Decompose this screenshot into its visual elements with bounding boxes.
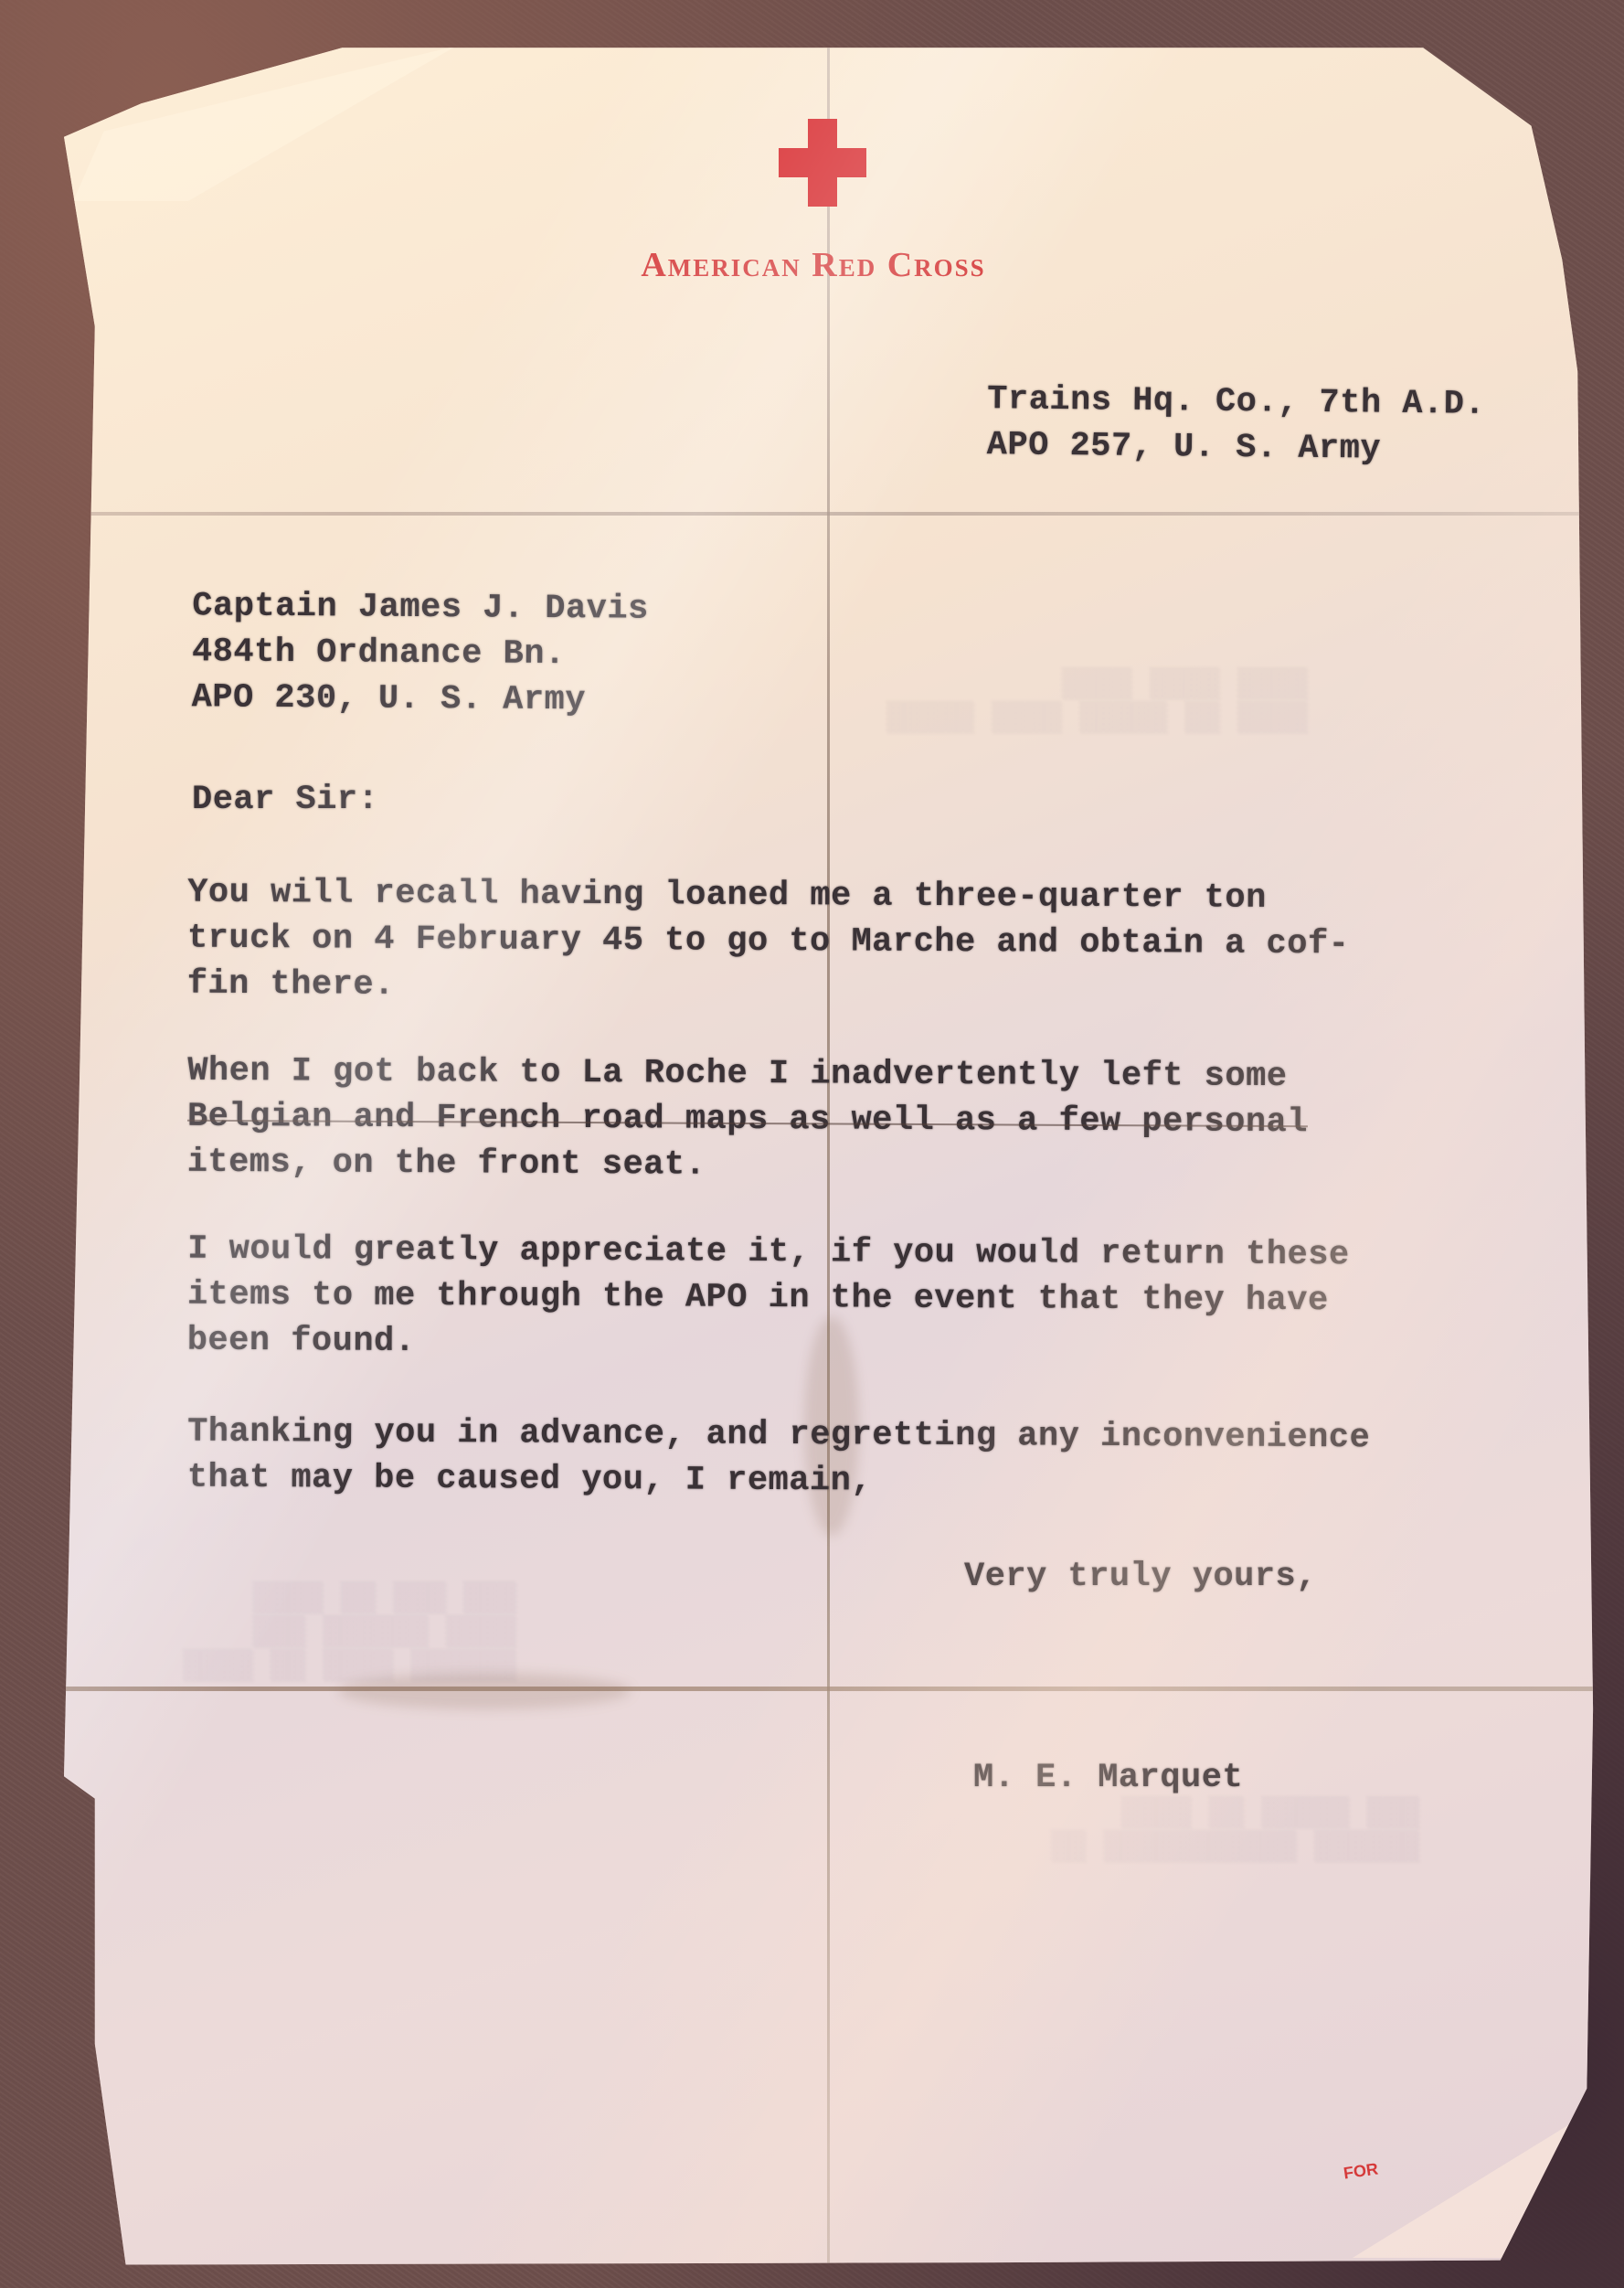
body-line: items to me through the APO in the event… bbox=[187, 1272, 1350, 1325]
sender-address: Trains Hq. Co., 7th A.D.APO 257, U. S. A… bbox=[986, 377, 1485, 474]
recipient-address: Captain James J. Davis484th Ordnance Bn.… bbox=[191, 583, 649, 723]
body-line: When I got back to La Roche I inadverten… bbox=[187, 1048, 1308, 1100]
body-line: that may be caused you, I remain, bbox=[187, 1455, 1370, 1507]
horizontal-fold-crease-bottom bbox=[64, 1687, 1608, 1691]
red-cross-icon bbox=[779, 119, 866, 207]
body-line: items, on the front seat. bbox=[187, 1140, 1308, 1191]
horizontal-fold-crease-top bbox=[64, 512, 1608, 516]
recipient-apo: APO 230, U. S. Army bbox=[191, 675, 648, 723]
organization-name: American Red Cross bbox=[41, 245, 1586, 285]
body-paragraph-2: When I got back to La Roche I inadverten… bbox=[187, 1048, 1309, 1191]
folded-corner-bottom-right bbox=[1353, 2112, 1590, 2258]
signature: M. E. Marquet bbox=[973, 1755, 1243, 1801]
bleed-through-text: ▒▒▒ ▒▒▒▒▒ ▒▒ ▒▒▒▒ ▒▒▒▒▒▒ ▒▒▒▒▒▒▒▒▒▒▒ ▒▒ bbox=[1051, 1796, 1419, 1864]
bleed-through-text: ▒▒▒ ▒▒▒ ▒▒ ▒▒▒▒ ▒▒▒▒ ▒▒▒▒▒▒ ▒▒▒ ▒▒▒▒▒▒ ▒… bbox=[183, 1581, 516, 1683]
body-paragraph-4: Thanking you in advance, and regretting … bbox=[187, 1410, 1371, 1507]
body-line: I would greatly appreciate it, if you wo… bbox=[187, 1227, 1350, 1279]
recipient-unit: 484th Ordnance Bn. bbox=[192, 629, 649, 677]
body-line: been found. bbox=[187, 1318, 1350, 1370]
body-paragraph-3: I would greatly appreciate it, if you wo… bbox=[187, 1227, 1350, 1370]
body-line: fin there. bbox=[187, 962, 1350, 1014]
recipient-name: Captain James J. Davis bbox=[192, 583, 649, 632]
footer-printed-mark: FOR bbox=[1343, 2159, 1380, 2183]
salutation: Dear Sir: bbox=[192, 777, 378, 823]
body-line: Thanking you in advance, and regretting … bbox=[187, 1410, 1370, 1462]
letter-paper: ▒▒▒ ▒▒▒ ▒▒ ▒▒▒▒ ▒▒▒▒ ▒▒▒▒▒▒ ▒▒▒ ▒▒▒▒▒▒ ▒… bbox=[64, 37, 1608, 2267]
body-line: truck on 4 February 45 to go to Marche a… bbox=[187, 916, 1350, 968]
struck-through-line: Belgian and French road maps as well as … bbox=[187, 1094, 1308, 1145]
letterhead: American Red Cross bbox=[64, 119, 1608, 285]
body-line: You will recall having loaned me a three… bbox=[187, 870, 1350, 922]
sender-address-line: Trains Hq. Co., 7th A.D. bbox=[987, 377, 1485, 428]
bleed-through-text: ▒▒▒▒ ▒▒▒▒ ▒▒▒▒ ▒▒▒▒ ▒▒ ▒▒▒▒▒ ▒▒▒▒ ▒▒▒▒▒ bbox=[886, 667, 1308, 735]
closing: Very truly yours, bbox=[964, 1554, 1317, 1600]
body-paragraph-1: You will recall having loaned me a three… bbox=[187, 870, 1350, 1014]
sender-address-line: APO 257, U. S. Army bbox=[986, 422, 1484, 474]
